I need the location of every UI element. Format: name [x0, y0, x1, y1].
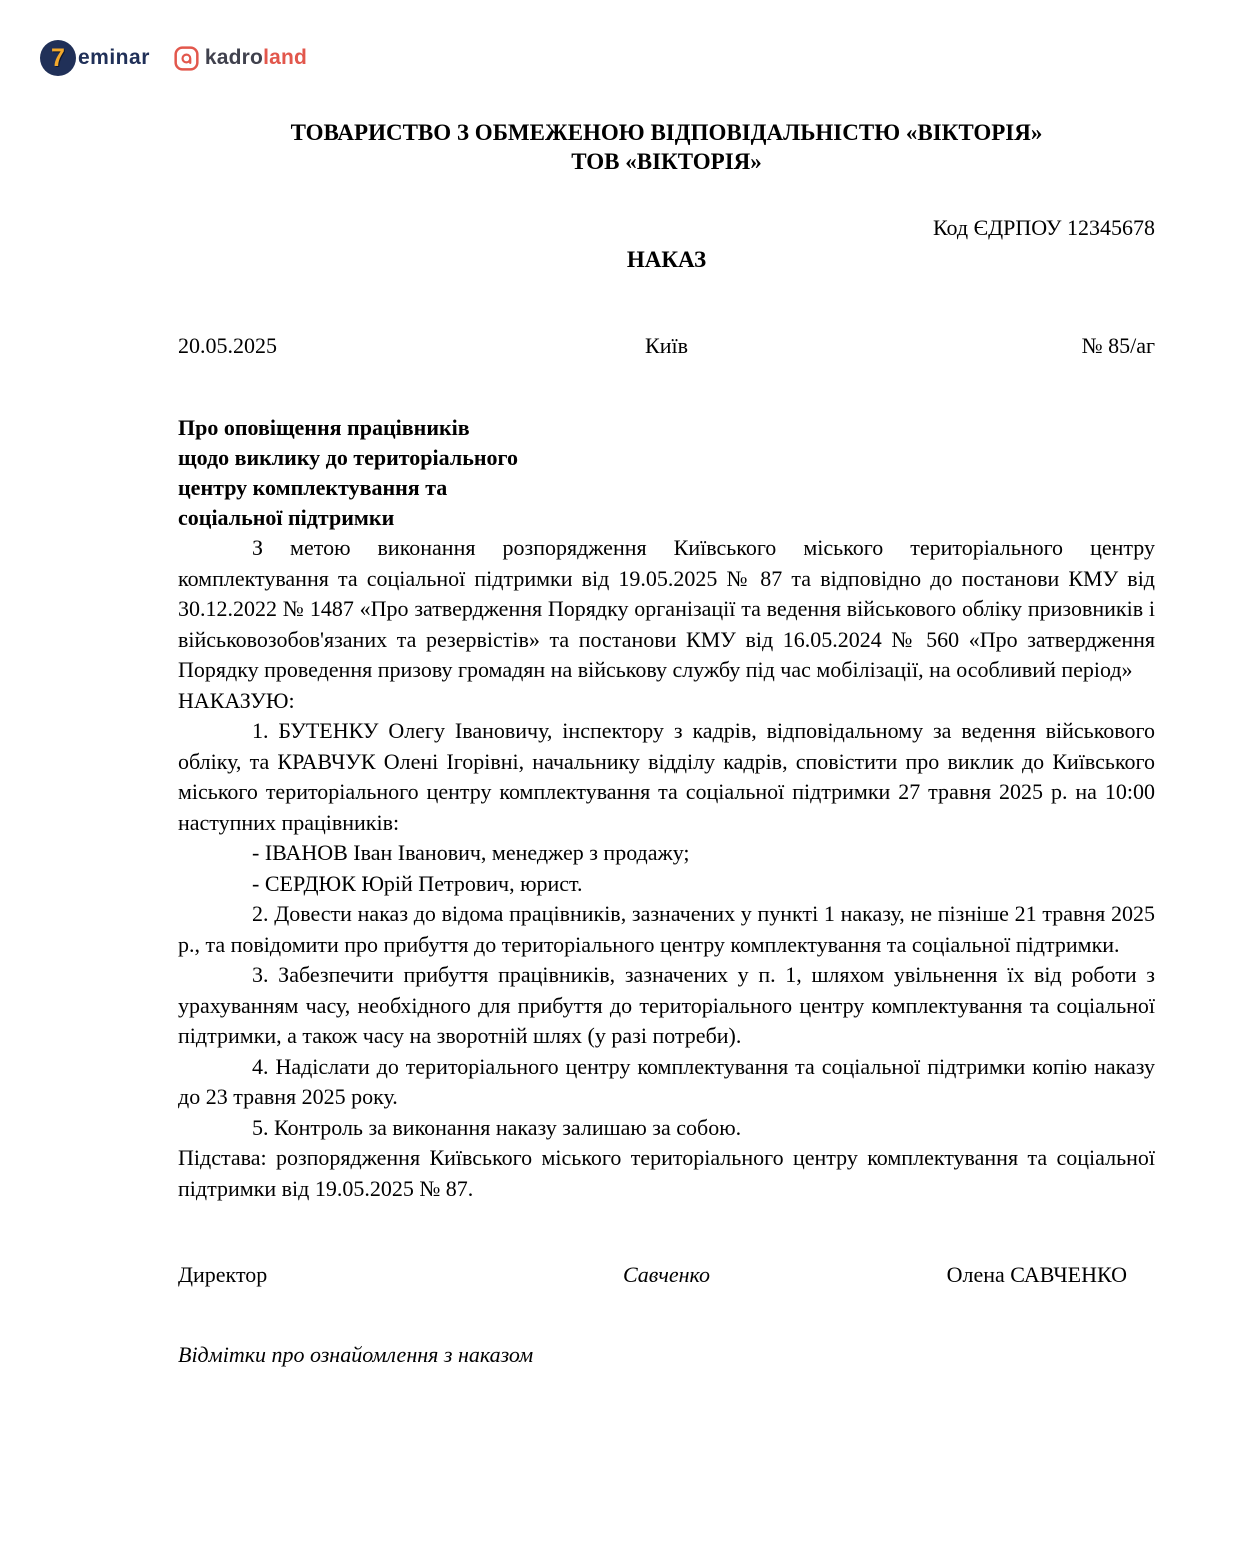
subject-line: соціальної підтримки [178, 503, 1155, 533]
seminar-logo: 7 eminar [40, 40, 150, 76]
document-page: 7 eminar kadroland ТОВАРИСТВО З ОБМЕЖЕНО… [0, 0, 1235, 1548]
order-item-1: 1. БУТЕНКУ Олегу Івановичу, інспектору з… [178, 716, 1155, 838]
edrpou-code: Код ЄДРПОУ 12345678 [178, 213, 1155, 242]
order-item-3: 3. Забезпечити прибуття працівників, заз… [178, 960, 1155, 1052]
subject-line: центру комплектування та [178, 473, 1155, 503]
logo-bar: 7 eminar kadroland [40, 40, 307, 76]
document-body: ТОВАРИСТВО З ОБМЕЖЕНОЮ ВІДПОВІДАЛЬНІСТЮ … [0, 0, 1235, 1370]
company-name-short: ТОВ «ВІКТОРІЯ» [178, 147, 1155, 176]
seminar-logo-text: eminar [78, 46, 150, 70]
meta-row: 20.05.2025 Київ № 85/аг [178, 331, 1155, 360]
subject-line: щодо виклику до територіального [178, 443, 1155, 473]
seminar-seven-icon: 7 [40, 40, 76, 76]
order-item-4: 4. Надіслати до територіального центру к… [178, 1052, 1155, 1113]
subject-block: Про оповіщення працівників щодо виклику … [178, 413, 1155, 533]
document-date: 20.05.2025 [178, 331, 645, 360]
order-item-2: 2. Довести наказ до відома працівників, … [178, 899, 1155, 960]
kadroland-logo: kadroland [174, 46, 307, 71]
document-type-title: НАКАЗ [178, 245, 1155, 274]
order-item-1-sub: - ІВАНОВ Іван Іванович, менеджер з прода… [178, 838, 1155, 869]
order-item-1-sub: - СЕРДЮК Юрій Петрович, юрист. [178, 869, 1155, 900]
company-name-full: ТОВАРИСТВО З ОБМЕЖЕНОЮ ВІДПОВІДАЛЬНІСТЮ … [178, 0, 1155, 147]
subject-line: Про оповіщення працівників [178, 413, 1155, 443]
kadroland-logo-text: kadroland [205, 46, 307, 70]
signature-handwriting: Савченко [623, 1260, 710, 1290]
order-word: НАКАЗУЮ: [178, 686, 1155, 717]
preamble-paragraph: З метою виконання розпорядження Київсько… [178, 533, 1155, 686]
signer-name: Олена САВЧЕНКО [710, 1260, 1155, 1290]
basis-paragraph: Підстава: розпорядження Київського міськ… [178, 1143, 1155, 1204]
acknowledgement-note: Відмітки про ознайомлення з наказом [178, 1340, 1155, 1370]
kadroland-icon [174, 46, 199, 71]
document-number: № 85/аг [688, 331, 1155, 360]
signature-row: Директор Савченко Олена САВЧЕНКО [178, 1260, 1155, 1290]
document-city: Київ [645, 331, 688, 360]
order-item-5: 5. Контроль за виконання наказу залишаю … [178, 1113, 1155, 1144]
signer-role: Директор [178, 1260, 623, 1290]
